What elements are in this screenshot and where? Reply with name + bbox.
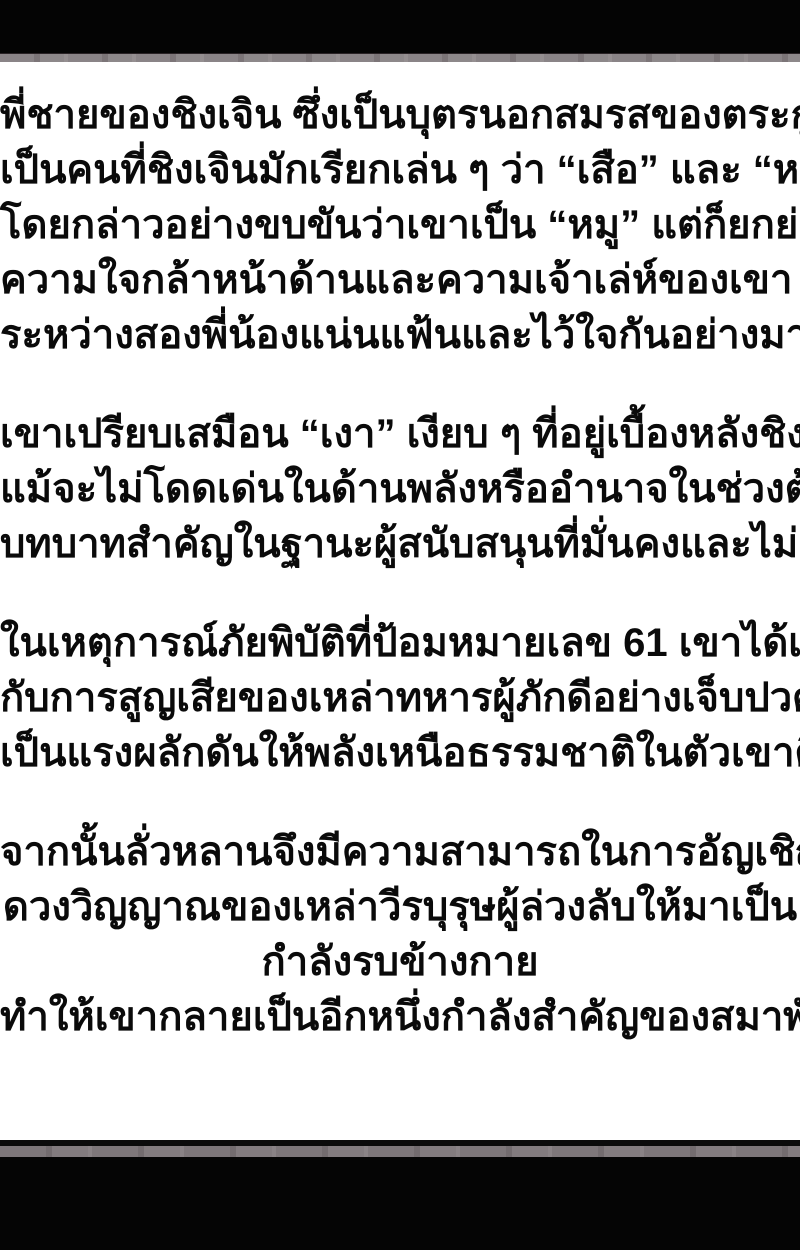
text-line: แม้จะไม่โดดเด่นในด้านพลังหรืออำนาจในช่วง… <box>0 462 800 517</box>
text-line: ความใจกล้าหน้าด้านและความเจ้าเล่ห์ของเขา… <box>0 253 800 308</box>
paragraph: เขาเปรียบเสมือน “เงา” เงียบ ๆ ที่อยู่เบื… <box>0 407 800 572</box>
panel-divider-top <box>0 53 800 62</box>
text-line: ทำให้เขากลายเป็นอีกหนึ่งกำลังสำคัญของสมา… <box>0 990 800 1045</box>
paragraph: พี่ชายของชิงเจิน ซึ่งเป็นบุตรนอกสมรสของต… <box>0 88 800 363</box>
text-content: พี่ชายของชิงเจิน ซึ่งเป็นบุตรนอกสมรสของต… <box>0 62 800 1140</box>
text-line: ดวงวิญญาณของเหล่าวีรบุรุษผู้ล่วงลับให้มา… <box>0 880 800 935</box>
text-line: ในเหตุการณ์ภัยพิบัติที่ป้อมหมายเลข 61 เข… <box>0 616 800 671</box>
paragraph: จากนั้นลั่วหลานจึงมีความสามารถในการอัญเช… <box>0 825 800 1045</box>
text-line: กับการสูญเสียของเหล่าทหารผู้ภักดีอย่างเจ… <box>0 671 800 726</box>
paragraph: ในเหตุการณ์ภัยพิบัติที่ป้อมหมายเลข 61 เข… <box>0 616 800 781</box>
top-panel-edge <box>0 0 800 53</box>
webtoon-page: พี่ชายของชิงเจิน ซึ่งเป็นบุตรนอกสมรสของต… <box>0 0 800 1250</box>
text-line: โดยกล่าวอย่างขบขันว่าเขาเป็น “หมู” แต่ก็… <box>0 198 800 253</box>
text-line: กำลังรบข้างกาย <box>0 935 800 990</box>
text-line: เขาเปรียบเสมือน “เงา” เงียบ ๆ ที่อยู่เบื… <box>0 407 800 462</box>
bottom-panel-edge <box>0 1157 800 1250</box>
text-line: เป็นแรงผลักดันให้พลังเหนือธรรมชาติในตัวเ… <box>0 726 800 781</box>
text-line: เป็นคนที่ชิงเจินมักเรียกเล่น ๆ ว่า “เสือ… <box>0 143 800 198</box>
text-line: บทบาทสำคัญในฐานะผู้สนับสนุนที่มั่นคงและไ… <box>0 517 800 572</box>
text-line: พี่ชายของชิงเจิน ซึ่งเป็นบุตรนอกสมรสของต… <box>0 88 800 143</box>
text-line: จากนั้นลั่วหลานจึงมีความสามารถในการอัญเช… <box>0 825 800 880</box>
panel-divider-bottom <box>0 1146 800 1157</box>
text-line: ระหว่างสองพี่น้องแน่นแฟ้นและไว้ใจกันอย่า… <box>0 308 800 363</box>
